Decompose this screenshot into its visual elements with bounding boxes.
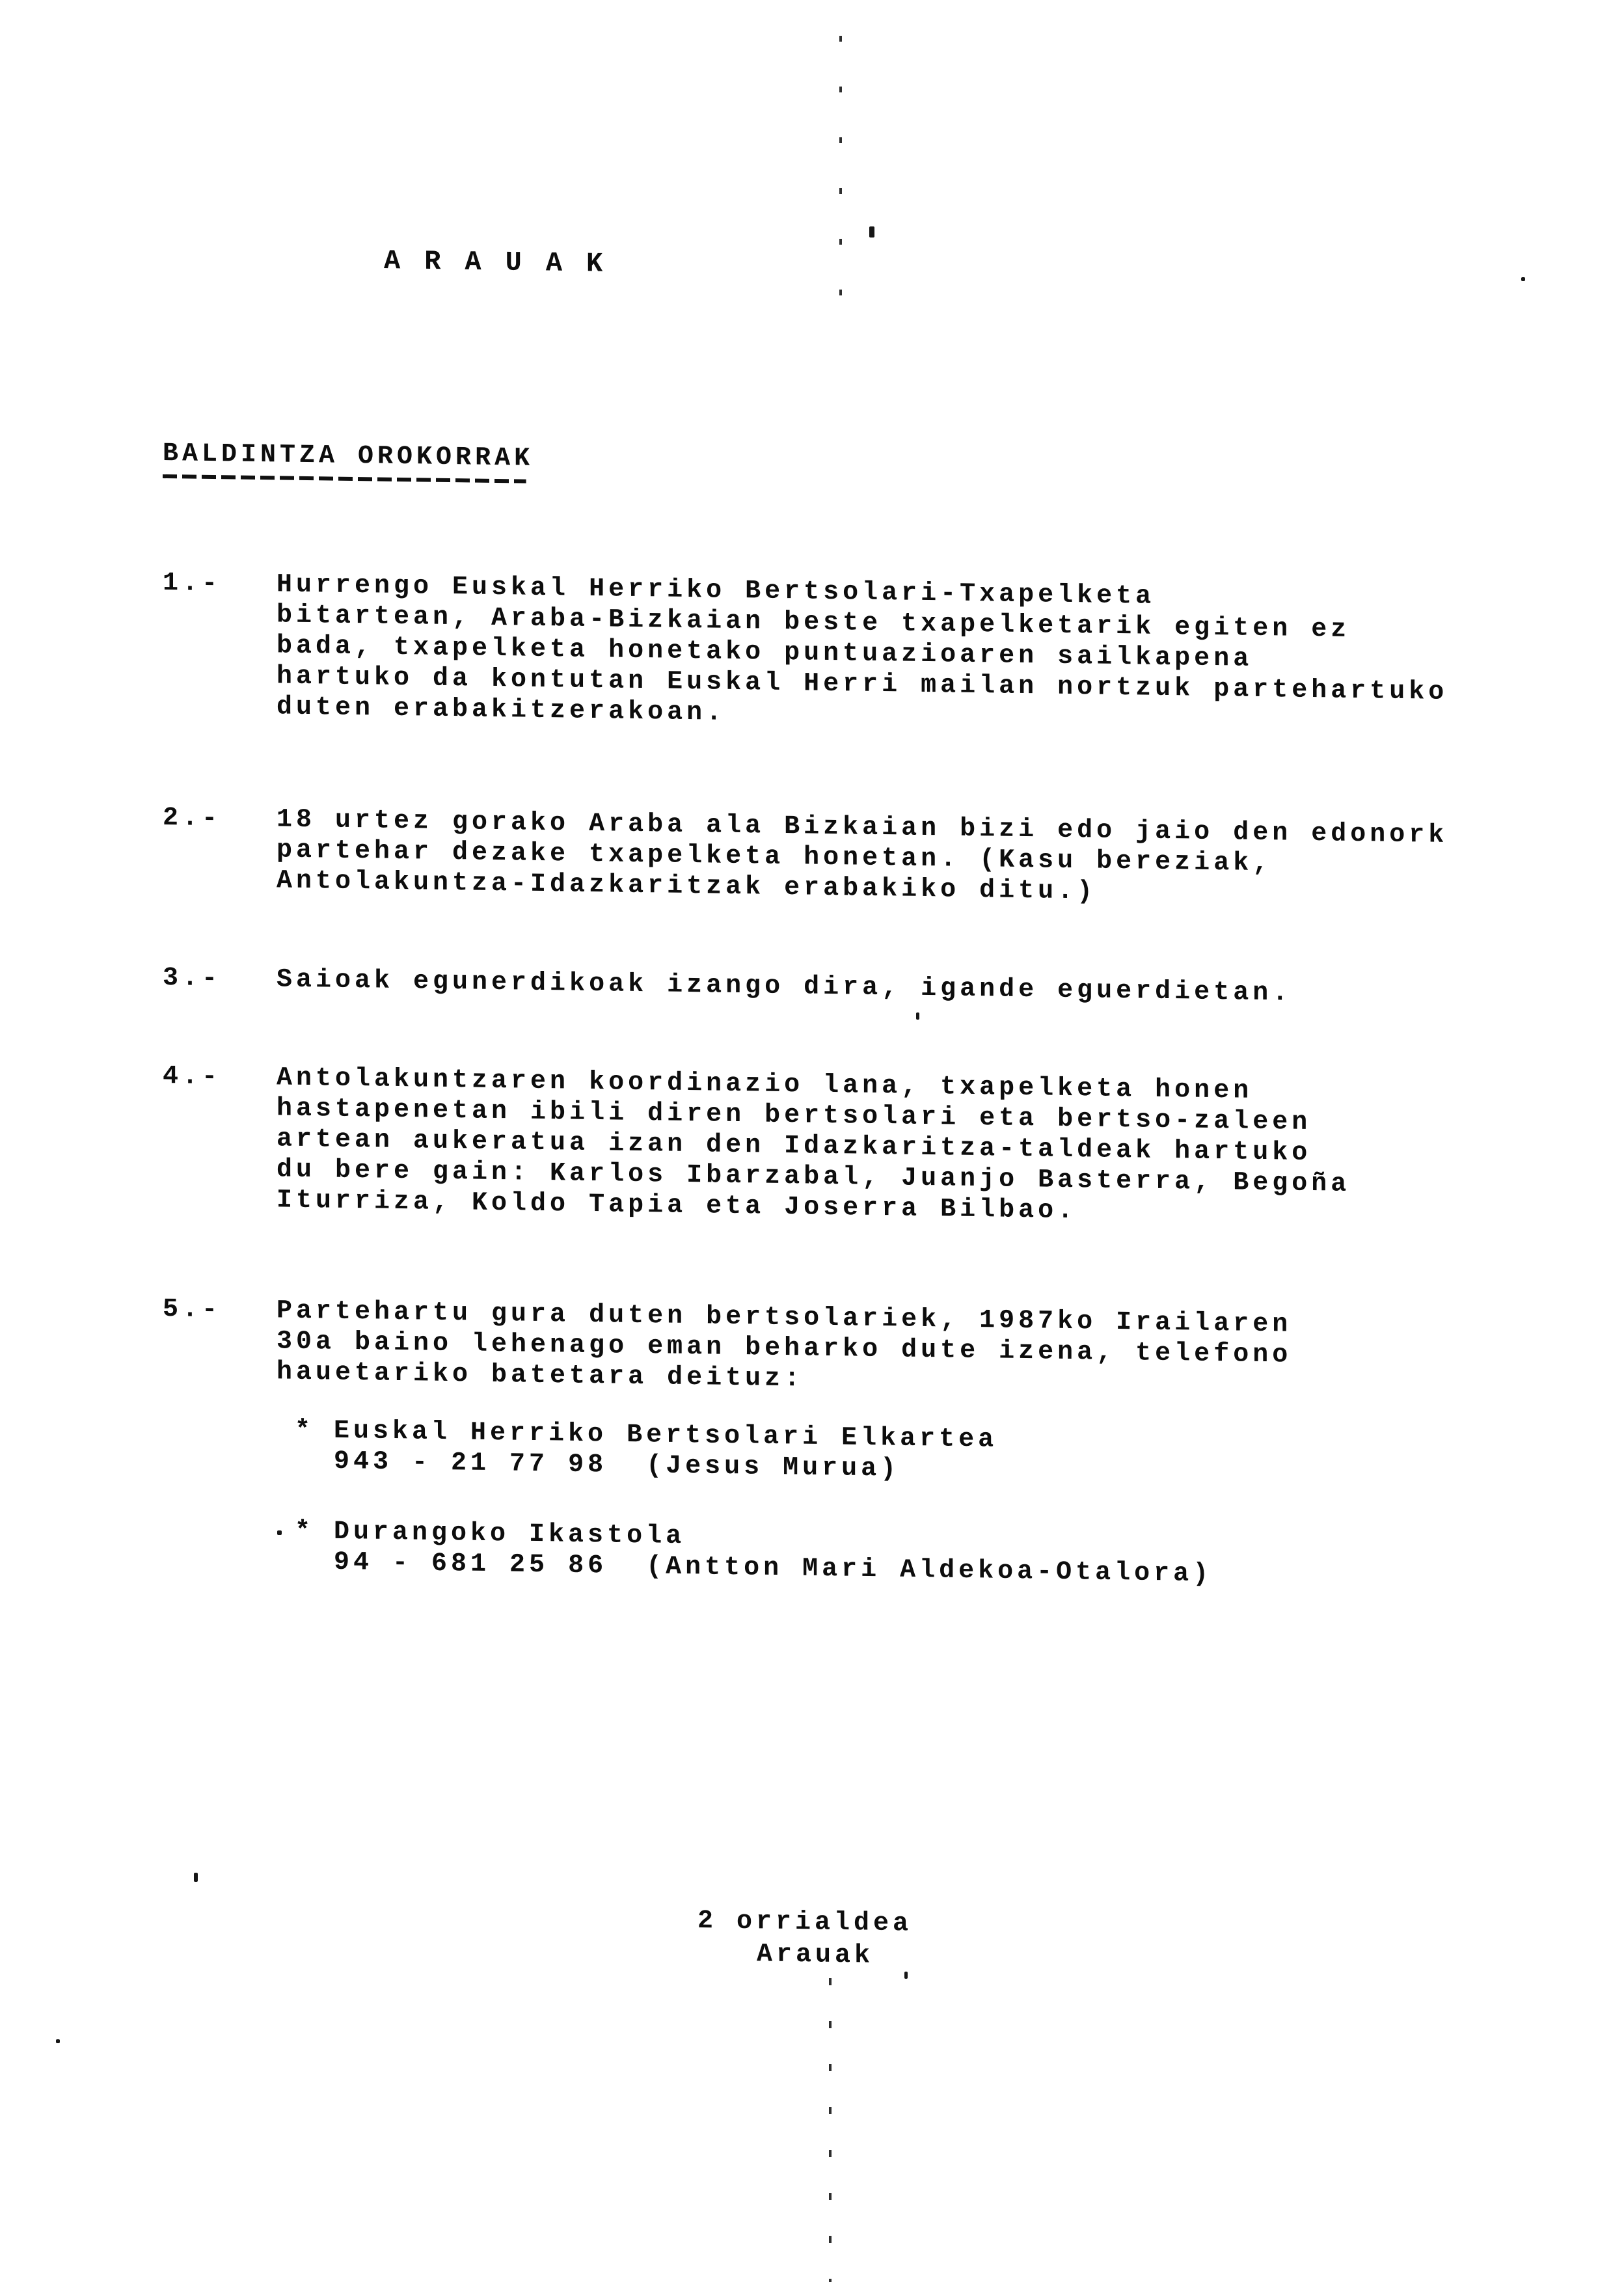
contact-entry-2: * Durangoko Ikastola 94 - 681 25 86 (Ant… xyxy=(295,1516,1212,1590)
item-text: Partehartu gura duten bertsolariek, 1987… xyxy=(277,1296,1292,1401)
scan-artifact-dotted-line-top xyxy=(839,36,842,306)
item-text: Saioak egunerdikoak izango dira, igande … xyxy=(277,964,1292,1009)
scan-artifact-speck xyxy=(904,1972,908,1979)
scan-artifact-dotted-line-bottom xyxy=(829,1978,832,2282)
scan-artifact-speck xyxy=(869,226,874,238)
item-text: Antolakuntzaren koordinazio lana, txapel… xyxy=(277,1063,1350,1230)
list-item-3: 3.- Saioak egunerdikoak izango dira, iga… xyxy=(163,963,1292,1009)
list-item-2: 2.- 18 urtez gorako Araba ala Bizkaian b… xyxy=(163,803,1448,912)
list-item-1: 1.- Hurrengo Euskal Herriko Bertsolari-T… xyxy=(163,568,1448,739)
scan-artifact-speck xyxy=(277,1530,282,1535)
list-item-5: 5.- Partehartu gura duten bertsolariek, … xyxy=(163,1294,1292,1402)
scan-artifact-speck xyxy=(194,1873,198,1882)
page-title: ARAUAK xyxy=(384,246,627,280)
page-number: 2 orrialdea xyxy=(697,1905,912,1940)
item-text: Hurrengo Euskal Herriko Bertsolari-Txape… xyxy=(277,569,1448,739)
scan-artifact-speck xyxy=(1521,277,1525,281)
contact-entry-1: * Euskal Herriko Bertsolari Elkartea 943… xyxy=(295,1415,997,1486)
item-text: 18 urtez gorako Araba ala Bizkaian bizi … xyxy=(277,804,1448,912)
list-item-4: 4.- Antolakuntzaren koordinazio lana, tx… xyxy=(163,1061,1350,1230)
item-marker: 1.- xyxy=(163,568,277,600)
item-marker: 3.- xyxy=(163,963,277,995)
page-footer: 2 orrialdea Arauak xyxy=(697,1905,912,1973)
item-marker: 4.- xyxy=(163,1061,277,1093)
scan-artifact-speck xyxy=(916,1012,919,1020)
item-marker: 2.- xyxy=(163,803,277,835)
scan-artifact-speck xyxy=(56,2039,60,2043)
footer-doc-label: Arauak xyxy=(757,1938,912,1973)
item-marker: 5.- xyxy=(163,1294,277,1326)
section-heading: BALDINTZA OROKORRAK xyxy=(163,439,534,483)
document-page: ARAUAK BALDINTZA OROKORRAK 1.- Hurrengo … xyxy=(0,0,1624,2282)
